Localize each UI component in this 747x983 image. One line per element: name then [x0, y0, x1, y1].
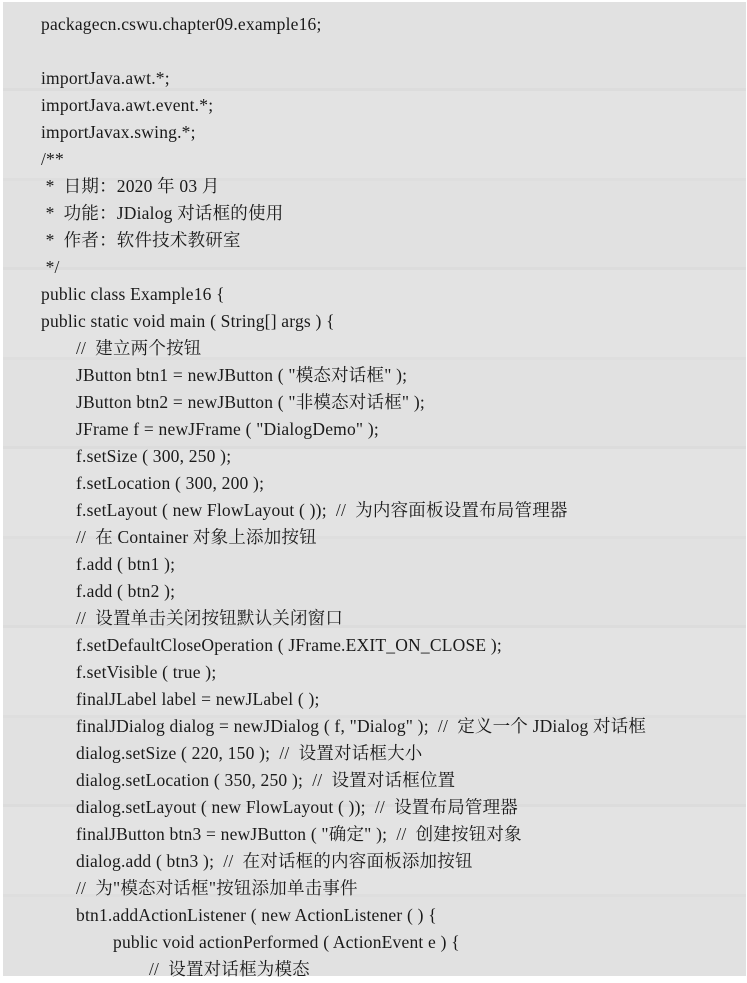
code-line: dialog.setSize ( 220, 150 ); // 设置对话框大小: [41, 740, 740, 767]
code-line: importJava.awt.event.*;: [41, 92, 740, 119]
code-line: */: [41, 254, 740, 281]
code-line: dialog.setLayout ( new FlowLayout ( )); …: [41, 794, 740, 821]
code-line: JButton btn1 = newJButton ( "模态对话框" );: [41, 362, 740, 389]
code-line: // 在 Container 对象上添加按钮: [41, 524, 740, 551]
code-listing: packagecn.cswu.chapter09.example16; impo…: [41, 11, 740, 976]
code-line: f.setSize ( 300, 250 );: [41, 443, 740, 470]
code-line: * 作者：软件技术教研室: [41, 227, 740, 254]
code-line: // 为"模态对话框"按钮添加单击事件: [41, 875, 740, 902]
code-line: finalJButton btn3 = newJButton ( "确定" );…: [41, 821, 740, 848]
code-line: btn1.addActionListener ( new ActionListe…: [41, 902, 740, 929]
code-line: // 设置对话框为模态: [41, 956, 740, 976]
code-line: // 建立两个按钮: [41, 335, 740, 362]
code-line: importJavax.swing.*;: [41, 119, 740, 146]
scanned-page: packagecn.cswu.chapter09.example16; impo…: [3, 2, 746, 976]
code-line: f.setLocation ( 300, 200 );: [41, 470, 740, 497]
code-line: f.setDefaultCloseOperation ( JFrame.EXIT…: [41, 632, 740, 659]
code-line: finalJLabel label = newJLabel ( );: [41, 686, 740, 713]
code-line: packagecn.cswu.chapter09.example16;: [41, 11, 740, 38]
code-line: public static void main ( String[] args …: [41, 308, 740, 335]
code-line: dialog.setLocation ( 350, 250 ); // 设置对话…: [41, 767, 740, 794]
code-line-blank: [41, 38, 740, 65]
code-line: JFrame f = newJFrame ( "DialogDemo" );: [41, 416, 740, 443]
code-line: f.setLayout ( new FlowLayout ( )); // 为内…: [41, 497, 740, 524]
code-line: /**: [41, 146, 740, 173]
code-line: dialog.add ( btn3 ); // 在对话框的内容面板添加按钮: [41, 848, 740, 875]
code-line: f.setVisible ( true );: [41, 659, 740, 686]
code-line: // 设置单击关闭按钮默认关闭窗口: [41, 605, 740, 632]
code-line: * 日期：2020 年 03 月: [41, 173, 740, 200]
code-line: f.add ( btn1 );: [41, 551, 740, 578]
code-line: JButton btn2 = newJButton ( "非模态对话框" );: [41, 389, 740, 416]
code-line: importJava.awt.*;: [41, 65, 740, 92]
code-line: f.add ( btn2 );: [41, 578, 740, 605]
code-line: public void actionPerformed ( ActionEven…: [41, 929, 740, 956]
code-line: public class Example16 {: [41, 281, 740, 308]
code-line: * 功能：JDialog 对话框的使用: [41, 200, 740, 227]
code-line: finalJDialog dialog = newJDialog ( f, "D…: [41, 713, 740, 740]
